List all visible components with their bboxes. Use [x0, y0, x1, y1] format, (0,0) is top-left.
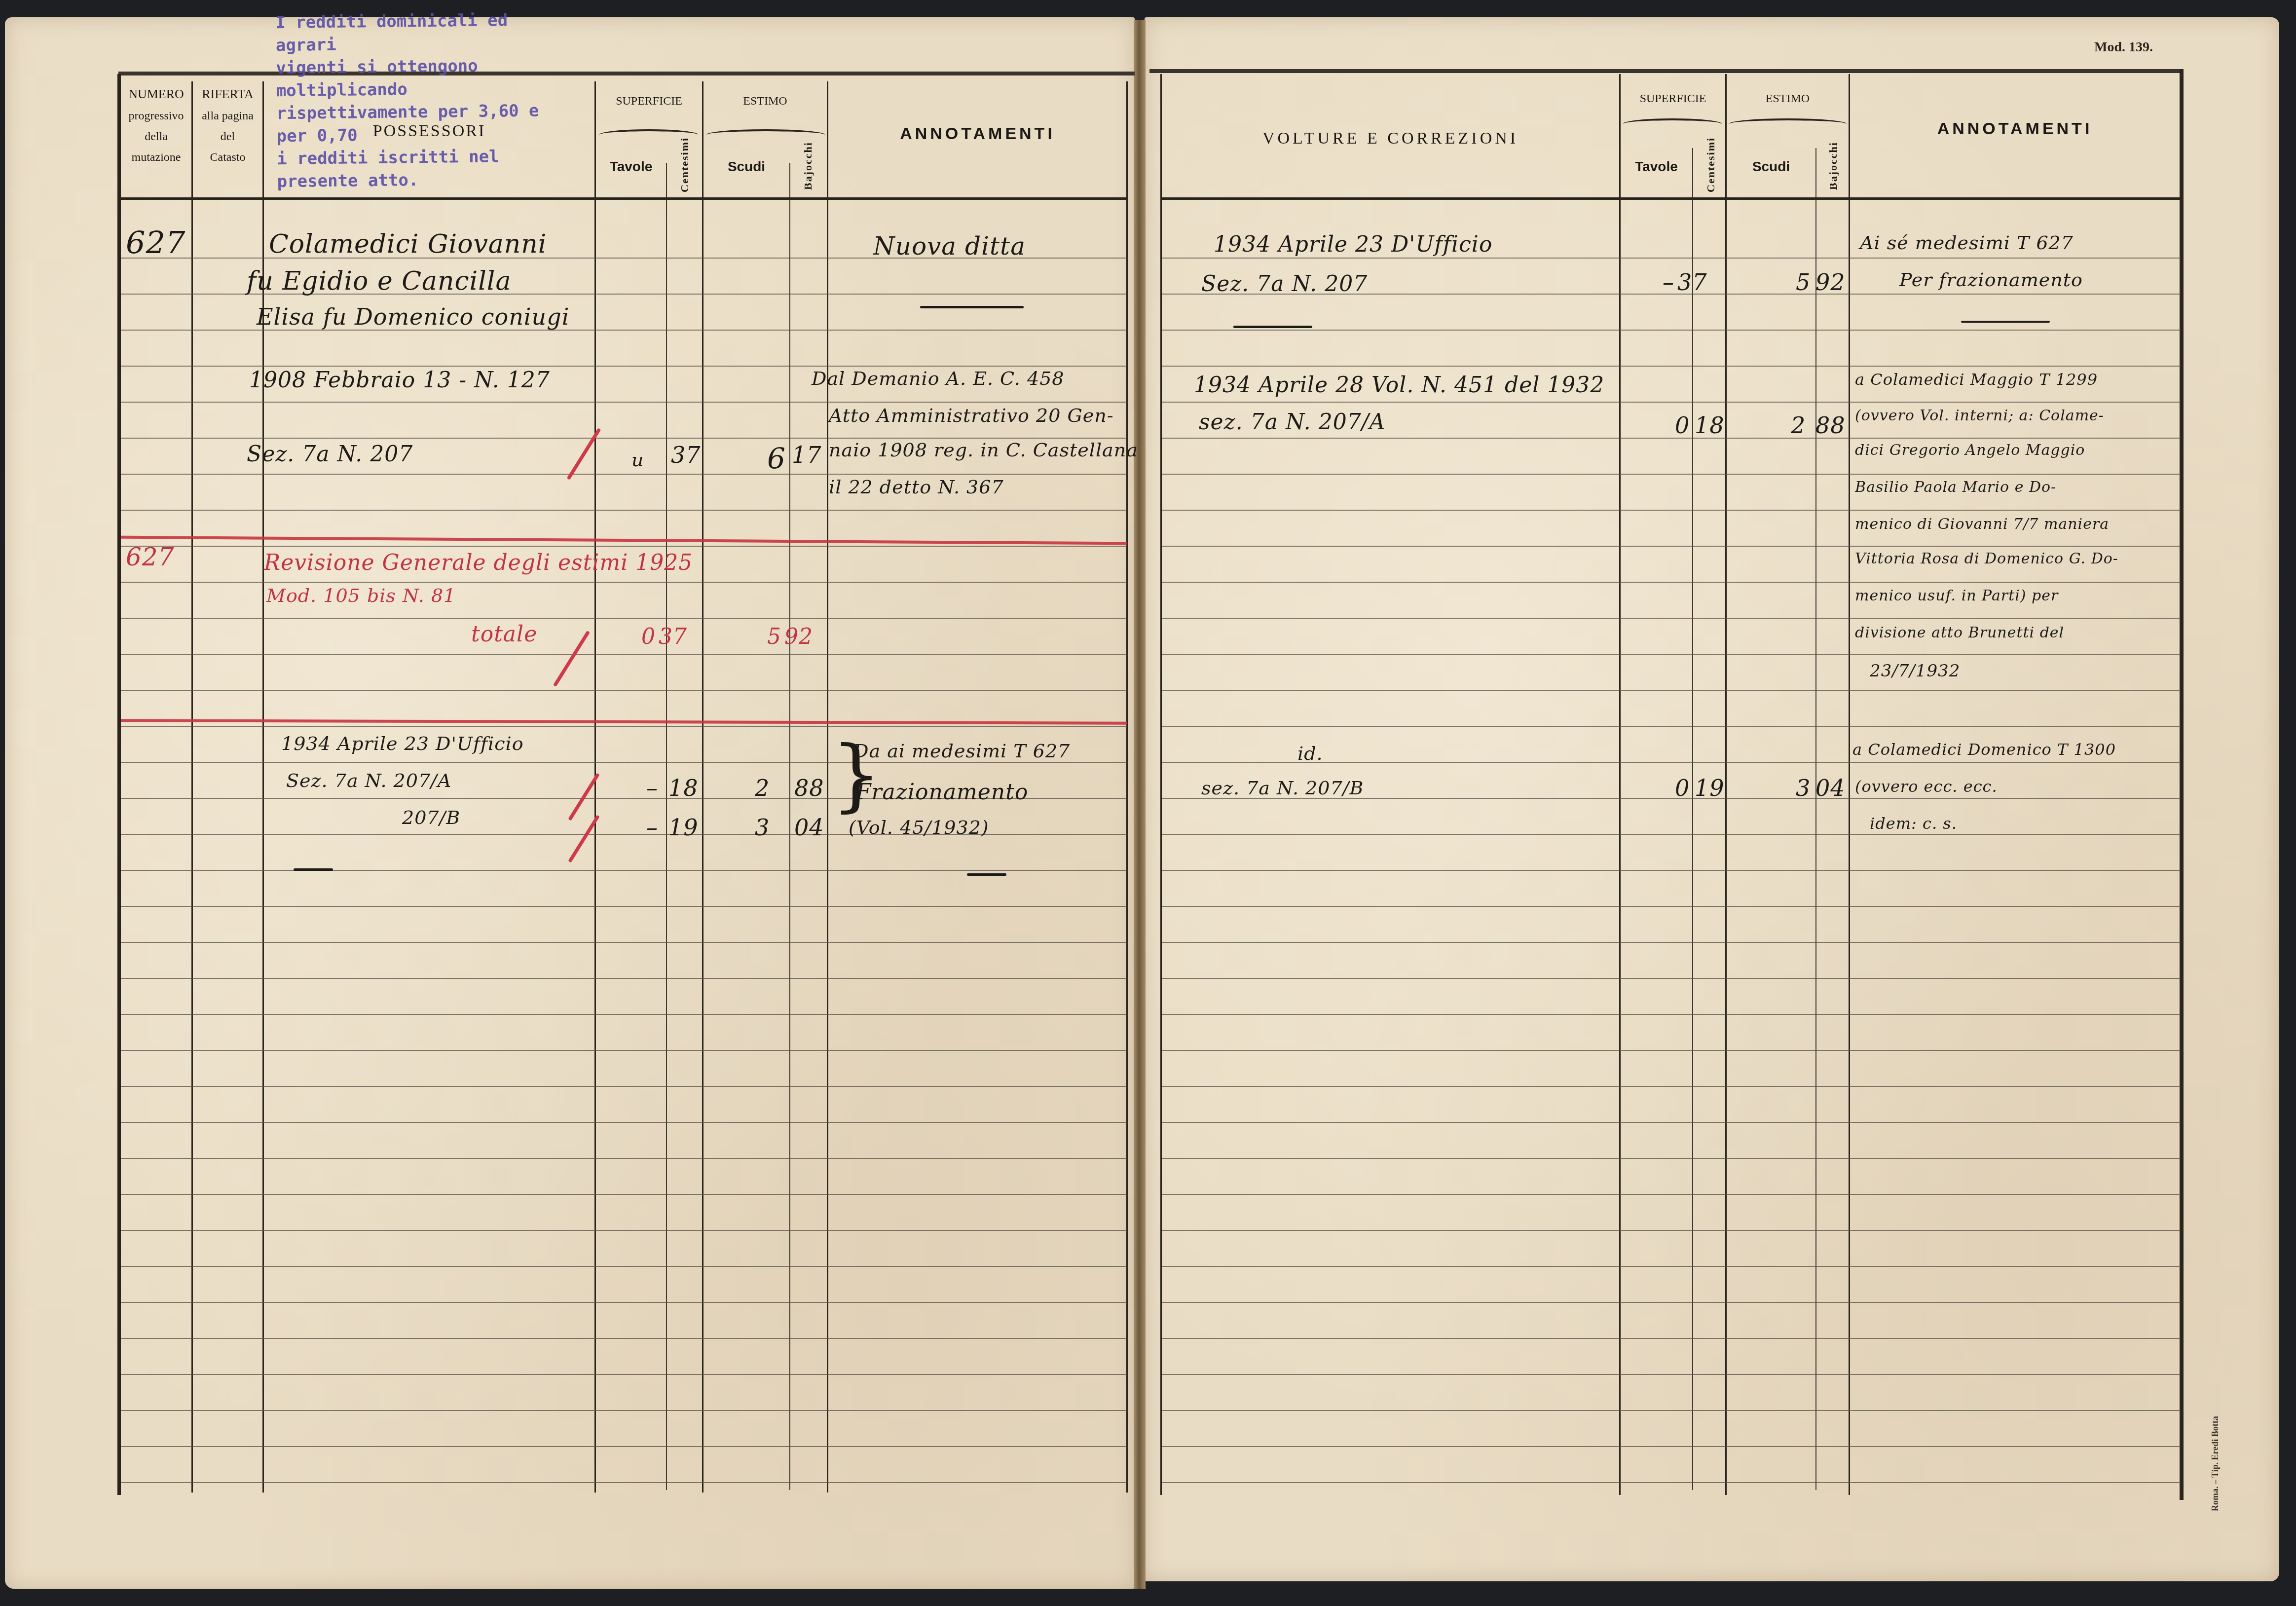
underline-stroke: [1961, 321, 2050, 323]
estimo-bajocchi: 92: [784, 624, 813, 649]
possessore-line: fu Egidio e Cancilla: [247, 266, 512, 296]
ledger-rule: [1162, 1482, 2181, 1483]
ledger-rule: [121, 906, 1127, 907]
estimo-scudi: 3: [1796, 775, 1811, 801]
annotamento-line: a Colamedici Domenico T 1300: [1852, 740, 2116, 759]
ledger-rule: [1162, 1194, 2181, 1195]
annotamento-line: idem: c. s.: [1870, 814, 1957, 833]
superficie-tavole: –: [646, 775, 658, 801]
ledger-rule: [1162, 1122, 2181, 1123]
header-bottom-rule: [1162, 197, 2181, 200]
ledger-rule: [121, 366, 1127, 367]
col-divider: [1692, 148, 1693, 1490]
annotamento-line: (Vol. 45/1932): [849, 817, 989, 838]
annotamento-line: (ovvero Vol. interni; a: Colame-: [1855, 407, 2104, 424]
annotamento-line: naio 1908 reg. in C. Castellana: [829, 439, 1138, 461]
ledger-rule: [1162, 510, 2181, 511]
voltura-line: sez. 7a N. 207/A: [1199, 410, 1385, 435]
estimo-bajocchi: 92: [1815, 269, 1846, 296]
annotamento-line: Dal Demanio A. E. C. 458: [812, 368, 1065, 389]
ledger-rule: [121, 474, 1127, 475]
possessore-line: Elisa fu Domenico coniugi: [257, 303, 569, 330]
ledger-rule: [1162, 906, 2181, 907]
ledger-rule: [121, 1374, 1127, 1375]
header-centesimi: Centesimi: [678, 138, 691, 192]
possessore-line: Revisione Generale degli estimi 1925: [264, 550, 693, 575]
estimo-scudi: 5: [767, 624, 781, 649]
ledger-rule: [121, 978, 1127, 979]
annotamento-line: Da ai medesimi T 627: [853, 740, 1070, 762]
possessore-line: Sez. 7a N. 207: [247, 442, 413, 467]
header-scudi: Scudi: [1727, 158, 1815, 175]
ledger-rule: [121, 870, 1127, 871]
entry-numero: 627: [126, 224, 185, 261]
col-divider: [1126, 81, 1128, 1493]
ledger-rule: [121, 438, 1127, 439]
underline-stroke: [967, 873, 1006, 876]
annotamento-line: Vittoria Rosa di Domenico G. Do-: [1855, 550, 2118, 567]
annotamento-line: il 22 detto N. 367: [829, 476, 1004, 498]
col-divider: [191, 81, 193, 1493]
voltura-line: Sez. 7a N. 207: [1201, 271, 1368, 297]
ledger-rule: [121, 654, 1127, 655]
ledger-rule: [1162, 690, 2181, 691]
ledger-rule: [121, 1014, 1127, 1015]
ledger-rule: [121, 690, 1127, 691]
header-estimo: ESTIMO: [1727, 91, 1849, 106]
ledger-rule: [1162, 834, 2181, 835]
possessore-line: Sez. 7a N. 207/A: [286, 770, 451, 791]
ledger-rule: [1162, 654, 2181, 655]
ledger-rule: [121, 726, 1127, 727]
header-annotamenti: ANNOTAMENTI: [1850, 118, 2180, 140]
ledger-rule: [121, 546, 1127, 547]
ledger-rule: [121, 1122, 1127, 1123]
ledger-rule: [1162, 1446, 2181, 1447]
ledger-rule: [1162, 1050, 2181, 1051]
estimo-scudi: 5: [1796, 269, 1811, 296]
ledger-rule: [1162, 582, 2181, 583]
col-divider: [1849, 74, 1850, 1495]
ledger-rule: [121, 1302, 1127, 1303]
ledger-rule: [1162, 1338, 2181, 1339]
brace: [1623, 118, 1722, 129]
header-numero: NUMERO progressivo della mutazione: [121, 86, 191, 165]
underline-stroke: [920, 306, 1024, 308]
ledger-rule: [121, 1086, 1127, 1087]
header-riferta: RIFERTA alla pagina del Catasto: [193, 86, 262, 165]
header-label: NUMERO: [121, 86, 191, 103]
superficie-centesimi: 19: [1695, 775, 1725, 801]
totale-label: totale: [471, 622, 537, 647]
ledger-rule: [121, 1194, 1127, 1195]
ledger-rule: [1162, 1302, 2181, 1303]
possessore-line: Mod. 105 bis N. 81: [266, 585, 456, 606]
col-divider: [789, 163, 790, 1490]
estimo-bajocchi: 17: [792, 442, 822, 468]
voltura-line: sez. 7a N. 207/B: [1201, 777, 1364, 799]
header-superficie: SUPERFICIE: [596, 94, 702, 109]
annotamento-line: menico di Giovanni 7/7 maniera: [1855, 516, 2109, 533]
ledger-rule: [121, 1158, 1127, 1159]
ledger-rule: [1162, 1374, 2181, 1375]
header-tavole: Tavole: [1621, 158, 1692, 175]
left-frame-left-rule: [117, 74, 121, 1495]
estimo-scudi: 2: [755, 775, 770, 801]
header-possessori: POSSESSORI: [264, 121, 594, 142]
ledger-rule: [121, 510, 1127, 511]
annotamento-line: Frazionamento: [856, 780, 1028, 805]
possessore-line: 207/B: [402, 807, 460, 828]
ledger-rule: [1162, 1014, 2181, 1015]
estimo-bajocchi: 88: [1815, 412, 1846, 439]
ledger-rule: [1162, 870, 2181, 871]
header-estimo: ESTIMO: [704, 94, 827, 109]
header-label: della: [121, 129, 191, 144]
right-frame-right-rule: [2180, 69, 2184, 1500]
ledger-rule: [1162, 1158, 2181, 1159]
stamp-line: vigenti si ottengono moltiplicando: [276, 54, 572, 102]
col-divider: [1160, 74, 1162, 1495]
ledger-rule: [121, 942, 1127, 943]
ledger-rule: [1162, 366, 2181, 367]
header-label: Catasto: [193, 150, 262, 165]
ledger-rule: [1162, 978, 2181, 979]
col-divider: [594, 81, 596, 1493]
ledger-rule: [121, 1266, 1127, 1267]
superficie-tavole: –: [646, 814, 658, 841]
annotamento-line: Basilio Paola Mario e Do-: [1855, 479, 2056, 496]
annotamento-line: (ovvero ecc. ecc.: [1855, 777, 1998, 796]
ledger-rule: [121, 1338, 1127, 1339]
header-label: mutazione: [121, 150, 191, 165]
superficie-centesimi: 18: [668, 775, 699, 801]
header-label: progressivo: [121, 109, 191, 123]
header-volture: VOLTURE E CORREZIONI: [1162, 128, 1619, 149]
entry-numero: 627: [126, 543, 174, 571]
superficie-centesimi: 18: [1695, 412, 1725, 439]
superficie-tavole: 0: [641, 624, 656, 649]
header-bajocchi: Bajocchi: [1827, 141, 1840, 190]
form-number: Mod. 139.: [2094, 39, 2153, 55]
header-label: RIFERTA: [193, 86, 262, 103]
ledger-rule: [121, 402, 1127, 403]
ledger-rule: [121, 1446, 1127, 1447]
ledger-rule: [1162, 1086, 2181, 1087]
col-divider: [1815, 148, 1816, 1490]
right-frame-top-rule: [1149, 69, 2181, 73]
annotamento-line: a Colamedici Maggio T 1299: [1855, 370, 2098, 389]
annotamento-line: Atto Amministrativo 20 Gen-: [829, 405, 1114, 426]
stamp-line: I redditi dominicali ed agrari: [275, 8, 572, 57]
left-frame-top-rule: [118, 72, 1135, 75]
annotamento-line: dici Gregorio Angelo Maggio: [1855, 442, 2085, 459]
ledger-rule: [1162, 546, 2181, 547]
col-divider: [702, 81, 704, 1493]
estimo-bajocchi: 04: [794, 814, 824, 841]
annotamento-line: menico usuf. in Parti) per: [1855, 587, 2058, 604]
possessore-line: Colamedici Giovanni: [269, 229, 547, 259]
col-divider: [1619, 74, 1621, 1495]
header-centesimi: Centesimi: [1704, 138, 1717, 192]
ledger-rule: [1162, 618, 2181, 619]
ledger-rule: [1162, 402, 2181, 403]
annotamento-line: Per frazionamento: [1899, 269, 2083, 291]
brace: [706, 129, 825, 140]
col-divider: [666, 163, 667, 1490]
ledger-rule: [121, 762, 1127, 763]
estimo-scudi: 3: [755, 814, 770, 841]
underline-stroke: [1233, 326, 1312, 328]
header-scudi: Scudi: [704, 158, 789, 175]
possessore-line: 1908 Febbraio 13 - N. 127: [249, 368, 550, 393]
printer-credit: Roma. – Tip. Eredi Botta: [2210, 1416, 2221, 1511]
header-superficie: SUPERFICIE: [1621, 91, 1725, 106]
violet-ink-stamp: I redditi dominicali ed agrari vigenti s…: [275, 8, 573, 193]
ledger-rule: [121, 1410, 1127, 1411]
ledger-rule: [1162, 330, 2181, 331]
col-divider: [1725, 74, 1727, 1495]
annotamento-line: 23/7/1932: [1870, 661, 1960, 681]
superficie-centesimi: 37: [671, 442, 701, 468]
ledger-rule: [121, 1230, 1127, 1231]
superficie-centesimi: 19: [668, 814, 699, 841]
superficie-tavole: 0: [1675, 412, 1690, 439]
stamp-line: i redditi iscritti nel presente atto.: [277, 145, 573, 193]
ledger-rule: [1162, 438, 2181, 439]
brace: [1729, 118, 1847, 129]
superficie-tavole: –: [1663, 269, 1674, 296]
ledger-rule: [1162, 1230, 2181, 1231]
header-bottom-rule: [118, 197, 1127, 200]
superficie-tavole: 0: [1675, 775, 1690, 801]
col-divider: [827, 81, 828, 1493]
voltura-line: 1934 Aprile 23 D'Ufficio: [1214, 232, 1492, 257]
header-bajocchi: Bajocchi: [802, 141, 815, 190]
estimo-scudi: 6: [767, 442, 786, 475]
annotamento-line: divisione atto Brunetti del: [1855, 624, 2064, 641]
header-annotamenti: ANNOTAMENTI: [829, 123, 1126, 145]
ledger-rule: [121, 1482, 1127, 1483]
header-tavole: Tavole: [596, 158, 666, 175]
estimo-scudi: 2: [1791, 412, 1806, 439]
annotamento-line: Nuova ditta: [873, 232, 1026, 261]
voltura-line: 1934 Aprile 28 Vol. N. 451 del 1932: [1194, 373, 1604, 398]
ledger-rule: [121, 618, 1127, 619]
superficie-centesimi: 37: [1677, 269, 1707, 296]
ledger-rule: [1162, 942, 2181, 943]
ledger-rule: [121, 582, 1127, 583]
annotamento-line: Ai sé medesimi T 627: [1860, 232, 2074, 254]
header-label: del: [193, 129, 262, 144]
ledger-rule: [1162, 1266, 2181, 1267]
ledger-rule: [1162, 1410, 2181, 1411]
superficie-centesimi: 37: [659, 624, 687, 649]
ledger-rule: [1162, 258, 2181, 259]
voltura-line: id.: [1297, 743, 1323, 764]
ledger-rule: [1162, 474, 2181, 475]
header-label: alla pagina: [193, 109, 262, 123]
superficie-tavole: u: [631, 449, 644, 471]
book-gutter: [1134, 20, 1146, 1589]
ledger-rule: [121, 1050, 1127, 1051]
ledger-rule: [1162, 726, 2181, 727]
estimo-bajocchi: 04: [1815, 775, 1846, 801]
possessore-line: 1934 Aprile 23 D'Ufficio: [281, 733, 524, 754]
estimo-bajocchi: 88: [794, 775, 824, 801]
underline-stroke: [294, 868, 333, 871]
